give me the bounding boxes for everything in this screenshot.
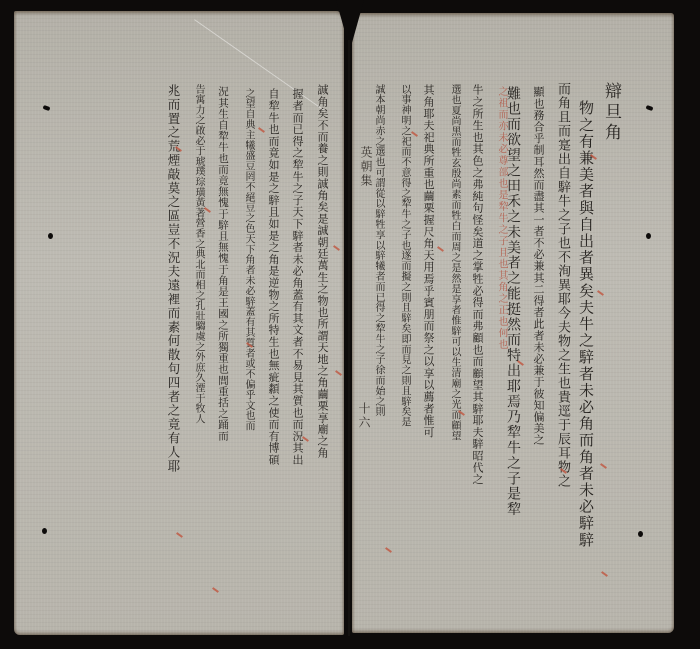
text-column: 自犂牛也而竟如是之騂且如是之角是逆物之所特生也無疵纇之使而有博碩 — [262, 88, 284, 466]
text-column: 兆而置之荒煙敲莫之區豈不況夫遠裡而素何散句四者之竟有人耶 — [162, 84, 184, 473]
text-column: 誠本朝尚赤之選也可謂從以騂牲享以騂犧者而已得之犂牛之子徐而始之則 — [367, 84, 389, 417]
binding-hole — [48, 233, 53, 239]
page-number: 十六 — [353, 402, 375, 430]
gutter-notch — [336, 0, 364, 50]
text-column: 握者而已得之犂牛之子天下騂者未必角蓋有其文者不易見其質也而況其出 — [286, 88, 308, 466]
text-column: 況其生自犂牛也而竟無愧于騂且無愧于角是王國之所獨重也閭重括之踊而 — [212, 86, 234, 441]
text-column: 而角且而寔出自騂牛之子也不洵異耶今夫物之生也貴逕于辰耳物之 — [551, 82, 573, 488]
section-title: 辯旦角 — [600, 82, 622, 144]
text-column: 牛之所生也其色之弗純句怪矣道之掌牲必得而弗顧也而顧望其騂耶夫騂昭代之 — [466, 84, 488, 485]
binding-hole — [646, 233, 651, 239]
text-column: 告寓力之啟必于琥璞琮璜黃著營香之典北而相之孔壯騶虞之外庶久湮于牧人 — [187, 84, 209, 424]
binding-hole — [42, 528, 47, 534]
red-annotation: 之祖而亦未必尊部也是犂牛之子且也其角之正也何也 — [490, 86, 512, 351]
text-column: 之望自典主犧盛豆罔不絕豆之色天下角者未必騂蓋有其質者或不偏乎文也而 — [237, 88, 259, 431]
text-column: 選也夏尚黑而牲玄殷尚素而牲白而周之是然是享者惟騂可以生清廟之光而顧望 — [443, 84, 465, 441]
page-gutter — [348, 40, 350, 636]
margin-note: 英朝集 — [355, 146, 377, 188]
text-column: 以事神明之祀而不意得之犂牛之子也遂而擬之則且騂矣即而見之則且騂矣是 — [393, 84, 415, 427]
text-column: 顯也務合乎制耳然而盡其一者不必兼其二得者此者未必兼于彼知偏美之 — [527, 86, 549, 446]
text-column: 其角耶夫祀典所重也繭栗握尺角天用焉乎賓朋而祭之以享以薦者惟可 — [417, 84, 439, 438]
binding-hole — [638, 531, 643, 537]
text-column: 誠角矣不而養之則誠角矣是誠朝廷萬生之物也所謂天地之角繭栗享廟之角 — [311, 84, 333, 458]
text-column: 物之有兼美者與自出者異矣夫牛之騂者未必角而角者未必騂騂 — [575, 100, 597, 580]
